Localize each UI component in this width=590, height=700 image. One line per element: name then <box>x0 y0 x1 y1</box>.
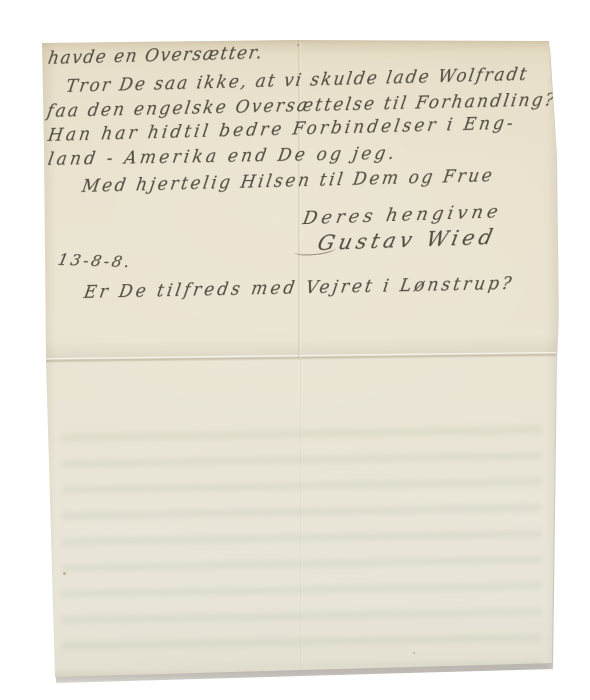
letter-line-1: havde en Oversætter. <box>46 43 264 69</box>
date-notation: 13-8-8. <box>56 250 134 271</box>
letter-closing-line: Med hjertelig Hilsen til Dem og Frue <box>80 166 495 197</box>
signature: Gustav Wied <box>315 225 498 255</box>
foxing-speck <box>297 44 299 46</box>
ink-bleedthrough <box>62 417 542 667</box>
letter-line-5: land - Amerika end De og jeg. <box>46 144 398 170</box>
letter-photograph: havde en Oversætter. Tror De saa ikke, a… <box>0 0 590 700</box>
letter-paper: havde en Oversætter. Tror De saa ikke, a… <box>42 39 558 678</box>
foxing-speck <box>413 652 415 654</box>
foxing-speck <box>63 572 66 575</box>
